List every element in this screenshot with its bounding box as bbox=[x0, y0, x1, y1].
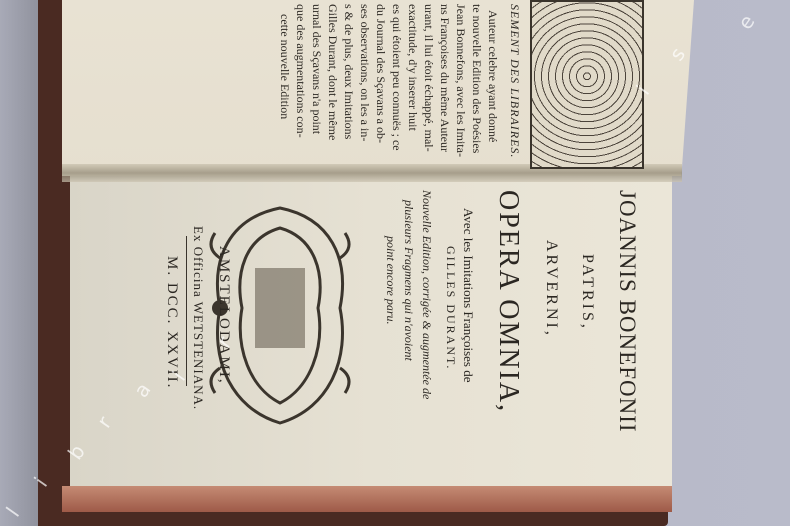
notice-line: urnal des Sçavans n'a point bbox=[309, 4, 324, 134]
notice-line: te nouvelle Edition des Poésies bbox=[469, 4, 484, 153]
book-title: OPERA OMNIA, bbox=[492, 190, 524, 413]
edition-note: plusieurs Fragmens qui n'avoient bbox=[401, 200, 416, 361]
notice-line: Auteur celebre ayant donné bbox=[485, 10, 500, 142]
title-page bbox=[70, 176, 672, 488]
notice-line: ses observations, on les a in- bbox=[357, 4, 372, 141]
notice-line: Gilles Durant, dont le même bbox=[325, 4, 340, 140]
notice-line: Jean Bonnefons, avec les Imita- bbox=[453, 4, 468, 157]
title-line-arverni: ARVERNI, bbox=[542, 240, 560, 338]
notice-line: s & de plus, deux Imitations bbox=[341, 4, 356, 139]
edition-note: point encore paru. bbox=[383, 236, 398, 325]
notice-line: que des augmentations con- bbox=[293, 4, 308, 138]
imprint-city: AMSTELODAMI, bbox=[215, 246, 232, 385]
title-line-patris: PATRIS, bbox=[578, 254, 596, 331]
notice-line: cette nouvelle Edition bbox=[277, 14, 292, 119]
subtitle: Avec les Imitations Françoises de bbox=[460, 208, 476, 383]
edition-note: Nouvelle Edition, corrigée & augmentée d… bbox=[419, 190, 434, 399]
imprint-publisher: Ex Officina WETSTENIANA. bbox=[190, 226, 206, 410]
notice-line: du Journal des Sçavans a ob- bbox=[373, 4, 388, 143]
rule bbox=[186, 236, 187, 386]
page-edges bbox=[62, 486, 672, 512]
notice-line: urant, il lui étoit échappé, mal- bbox=[421, 4, 436, 152]
notice-line: ns Françoises du même Auteur bbox=[437, 4, 452, 152]
author-name: JOANNIS BONEFONII bbox=[614, 190, 640, 433]
translator: GILLES DURANT. bbox=[443, 246, 458, 370]
notice-line: es qui étoient peu connuës ; ce bbox=[389, 4, 404, 151]
notice-heading: SEMENT DES LIBRAIRES. bbox=[507, 4, 522, 158]
headpiece-ornament bbox=[530, 0, 644, 169]
notice-line: exactitude, d'y inserer huit bbox=[405, 4, 420, 131]
